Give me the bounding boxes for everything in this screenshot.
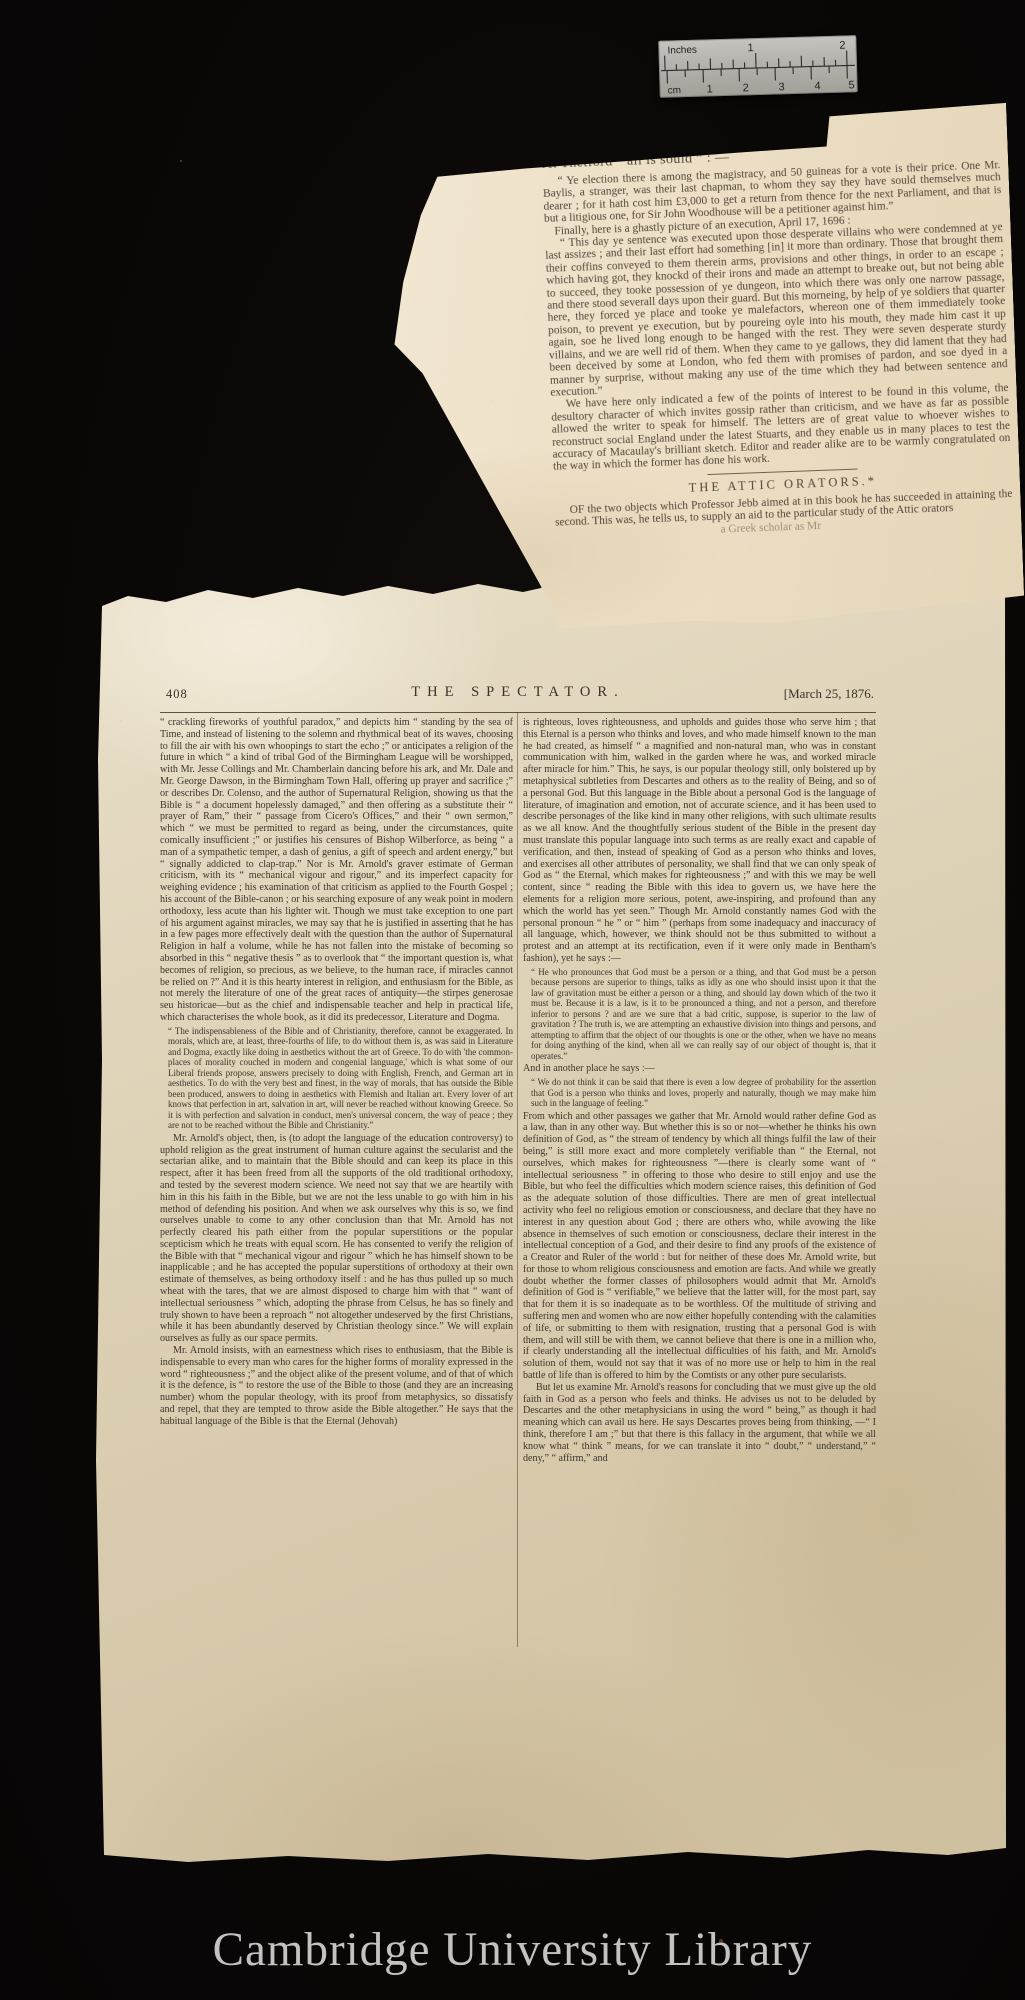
library-watermark: Cambridge University Library [10, 1922, 1015, 1977]
left-paragraph-3: Mr. Arnold insists, with an earnestness … [160, 1345, 513, 1428]
ruler-inches-label: Inches [667, 45, 697, 57]
ruler-cm-5: 5 [848, 79, 854, 91]
clipping-closing-paragraph: We have here only indicated a few of the… [551, 382, 1011, 473]
left-blockquote: “ The indispensableness of the Bible and… [168, 1026, 513, 1131]
masthead-title: THE SPECTATOR. [160, 684, 876, 701]
ruler-cm-3: 3 [778, 81, 784, 93]
clipping-text: At Thetford “ all is sould ” : — “ Ye el… [542, 140, 1014, 541]
dust-specks [180, 160, 182, 162]
right-blockquote-2: “ We do not think it can be said that th… [531, 1077, 876, 1109]
ruler-scale-graphic: Inches 1 2 cm 1 2 3 4 5 [658, 35, 858, 98]
header-rule [160, 712, 876, 713]
ruler-inch-1: 1 [747, 42, 753, 54]
left-paragraph-2: Mr. Arnold's object, then, is (to adopt … [160, 1133, 513, 1345]
ruler-cm-2: 2 [742, 82, 748, 94]
right-paragraph-3: From which and other passages we gather … [523, 1111, 876, 1382]
right-paragraph-2: And in another place he says :— [523, 1063, 876, 1075]
measurement-ruler: Inches 1 2 cm 1 2 3 4 5 [658, 35, 858, 98]
spectator-page: 408 THE SPECTATOR. [March 25, 1876. “ cr… [88, 560, 1008, 1868]
right-column: is righteous, loves righteousness, and u… [523, 717, 876, 1652]
page-header: 408 THE SPECTATOR. [March 25, 1876. [160, 684, 876, 706]
photo-background: Inches 1 2 cm 1 2 3 4 5 408 THE SPECTATO… [0, 0, 1025, 2000]
ruler-cm-label: cm [667, 85, 681, 96]
ruler-inch-2: 2 [839, 40, 845, 52]
right-paragraph-4: But let us examine Mr. Arnold's reasons … [523, 1382, 876, 1465]
ruler-cm-1: 1 [706, 83, 712, 95]
left-paragraph-1: “ crackling fireworks of youthful parado… [160, 717, 513, 1024]
text-columns: “ crackling fireworks of youthful parado… [160, 717, 876, 1652]
date-header: [March 25, 1876. [784, 686, 874, 702]
right-paragraph-1: is righteous, loves righteousness, and u… [523, 717, 876, 965]
clipping-quote-2: “ This day ye sentence was executed upon… [545, 221, 1009, 399]
ruler-cm-4: 4 [814, 80, 820, 92]
right-blockquote-1: “ He who pronounces that God must be a p… [531, 967, 876, 1062]
left-column: “ crackling fireworks of youthful parado… [160, 717, 513, 1652]
section-divider-rule [707, 468, 857, 474]
